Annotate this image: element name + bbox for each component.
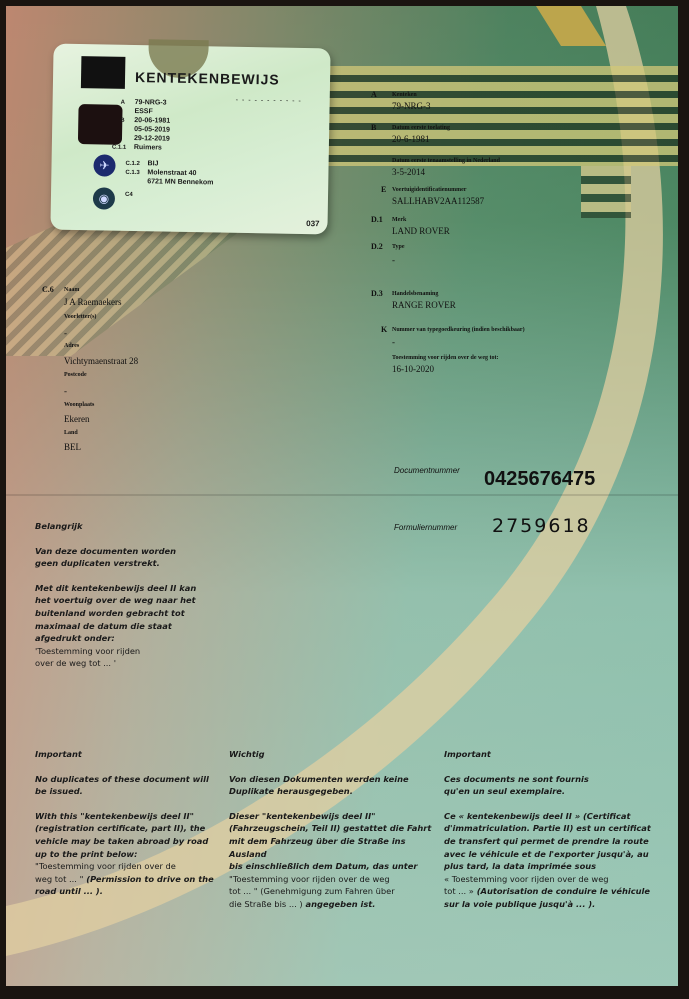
notice-nl: Belangrijk Van deze documenten worden ge… — [35, 520, 225, 682]
holder-label-country: Land — [64, 430, 78, 436]
notice-en-p2: With this "kentekenbewijs deel II" (regi… — [35, 810, 235, 860]
field-code: D.2 — [371, 242, 383, 251]
field-label-trade-name: Handelsbenaming — [392, 291, 438, 297]
field-label-kenteken: Kenteken — [392, 92, 417, 98]
holder-label-initials: Voorletter(s) — [64, 314, 96, 320]
holder-value-name: J A Raemaekers — [64, 297, 122, 307]
field-code: E — [381, 185, 386, 194]
field-code: D.3 — [371, 289, 383, 298]
notice-nl-p2: Met dit kentekenbewijs deel II kan het v… — [35, 582, 225, 645]
card-field: 6721 MN Bennekom — [147, 178, 213, 186]
card-title: KENTEKENBEWIJS — [135, 69, 280, 88]
card-field: ESSF — [120, 108, 152, 116]
field-label-first-registration-nl: Datum eerste tenaamstelling in Nederland — [392, 158, 500, 164]
document-number: 0425676475 — [484, 468, 595, 491]
field-value-make: LAND ROVER — [392, 226, 450, 236]
card-dash-line: - - - - - - - - - - - — [236, 97, 302, 105]
registration-document: KENTEKENBEWIJS - - - - - - - - - - - A79… — [6, 6, 678, 986]
field-code: B — [371, 123, 376, 132]
document-number-label: Documentnummer — [394, 466, 460, 475]
field-label-make: Merk — [392, 217, 406, 223]
notice-fr-p3-italic: (Autorisation de conduire le véhicule su… — [444, 886, 650, 909]
notice-de-p3-italic: angegeben ist. — [303, 899, 376, 909]
notice-nl-p1: Van deze documenten worden geen duplicat… — [35, 545, 225, 570]
card-field: C.1.2BIJ — [126, 160, 159, 168]
field-value-type-approval: - — [392, 337, 395, 347]
notice-de: Wichtig Von diesen Dokumenten werden kei… — [229, 748, 444, 923]
field-value-first-admission: 20-6-1981 — [392, 134, 430, 144]
chip-placeholder — [81, 56, 126, 89]
notice-en-p1: No duplicates of these document will be … — [35, 773, 235, 798]
emblem-icon: ✈ — [93, 154, 115, 176]
holder-code: C.6 — [42, 285, 54, 294]
notice-fr-p1: Ces documents ne sont fournis qu'en un s… — [444, 773, 674, 798]
card-document-number: 037 — [306, 219, 320, 228]
holder-label-city: Woonplaats — [64, 402, 94, 408]
registration-card: KENTEKENBEWIJS - - - - - - - - - - - A79… — [50, 44, 330, 235]
notice-en-title: Important — [35, 748, 235, 761]
field-label-type-approval: Nummer van typegoedkeuring (indien besch… — [392, 327, 525, 333]
header-stripes — [326, 66, 678, 166]
notice-de-p1: Von diesen Dokumenten werden keine Dupli… — [229, 773, 444, 798]
notice-nl-p3: 'Toestemming voor rijden over de weg tot… — [35, 645, 225, 670]
side-stripes — [581, 166, 631, 218]
field-label-first-admission: Datum eerste toelating — [392, 125, 450, 131]
card-field: C.1.3Molenstraat 40 — [125, 169, 196, 177]
field-value-first-registration-nl: 3-5-2014 — [392, 167, 425, 177]
card-field: B20-06-1981 — [120, 117, 170, 125]
holder-label-name: Naam — [64, 287, 79, 293]
field-label-road-permission: Toestemming voor rijden over de weg tot: — [392, 355, 499, 361]
field-value-vin: SALLHABV2AA112587 — [392, 196, 484, 206]
field-value-road-permission: 16-10-2020 — [392, 364, 434, 374]
notice-nl-title: Belangrijk — [35, 520, 225, 533]
globe-icon: ◉ — [93, 187, 115, 209]
card-field: 05-05-2019 — [120, 126, 170, 134]
card-field: C.1.1Ruimers — [112, 144, 162, 152]
form-number: 2759618 — [492, 515, 591, 537]
field-label-vin: Voertuigidentificatienummer — [392, 187, 466, 193]
field-value-kenteken: 79-NRG-3 — [392, 101, 431, 111]
notice-fr-title: Important — [444, 748, 674, 761]
holder-value-address: Vichtymaenstraat 28 — [64, 356, 138, 366]
form-number-label: Formuliernummer — [394, 523, 457, 532]
notice-de-title: Wichtig — [229, 748, 444, 761]
notice-de-p2: Dieser "kentekenbewijs deel II" (Fahrzeu… — [229, 810, 444, 873]
holder-value-country: BEL — [64, 442, 81, 452]
notice-fr-p2: Ce « kentekenbewijs deel II » (Certifica… — [444, 810, 674, 873]
field-value-trade-name: RANGE ROVER — [392, 300, 456, 310]
holder-value-city: Ekeren — [64, 414, 89, 424]
card-field: I29-12-2019 — [120, 135, 170, 143]
holder-value-initials: - — [64, 328, 67, 338]
photo-placeholder — [78, 104, 123, 145]
holder-value-postcode: - — [64, 386, 67, 396]
holder-label-postcode: Postcode — [64, 372, 87, 378]
card-field: A79-NRG-3 — [121, 99, 167, 107]
field-value-type: - — [392, 255, 395, 265]
holder-label-address: Adres — [64, 343, 79, 349]
field-code: D.1 — [371, 215, 383, 224]
card-field: C4 — [125, 191, 139, 198]
field-label-type: Type — [392, 244, 405, 250]
notice-fr: Important Ces documents ne sont fournis … — [444, 748, 674, 923]
field-code: K — [381, 325, 387, 334]
field-code: A — [371, 90, 377, 99]
notice-en: Important No duplicates of these documen… — [35, 748, 235, 910]
